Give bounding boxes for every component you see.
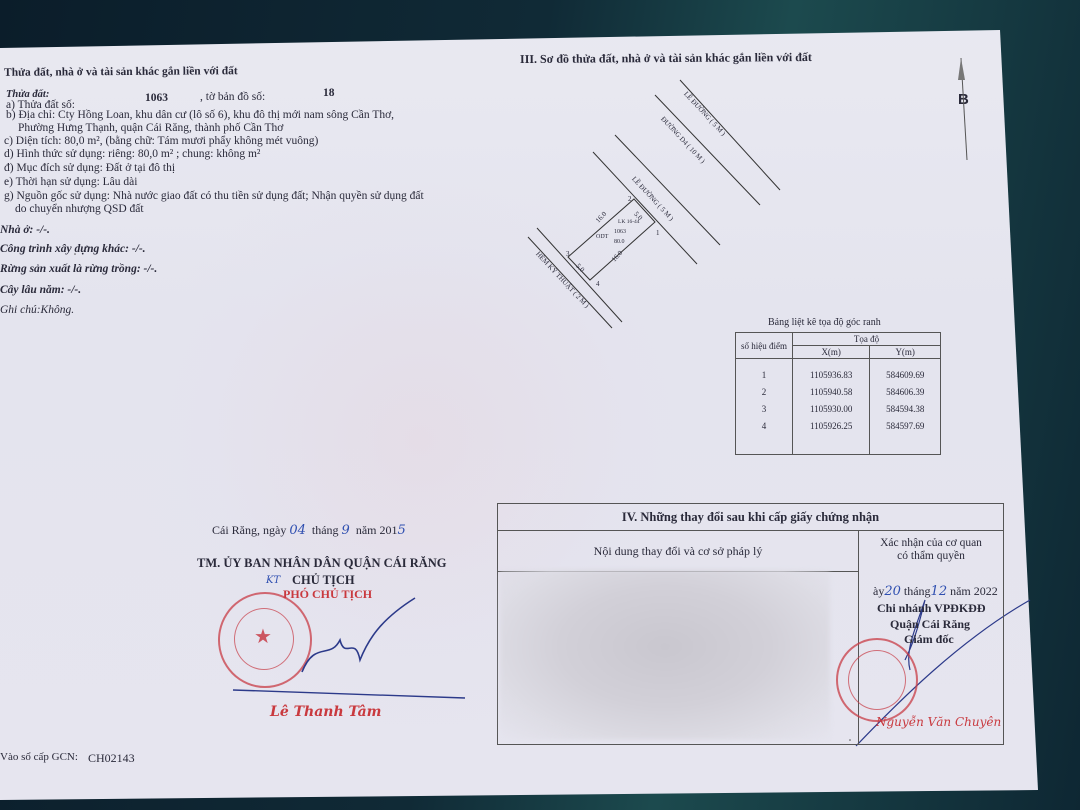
year-text: năm 2022 [950, 584, 998, 598]
coord-table-row: 21105940.58584606.39 [736, 383, 941, 400]
confirm-line-2: có thẩm quyền [859, 550, 1003, 563]
x-cell: 1105936.83 [793, 359, 870, 384]
office-line-2: Quận Cái Răng [890, 618, 970, 631]
col-group-header: Tọa độ [793, 333, 941, 346]
land-registry-seal [836, 638, 918, 722]
coord-table-row: 41105926.25584597.69 [736, 417, 941, 434]
point-cell: 1 [736, 359, 793, 384]
col-change-content: Nội dung thay đổi và cơ sở pháp lý [498, 531, 859, 572]
corner-1: 1 [656, 229, 660, 237]
coord-table-title: Bảng liệt kê tọa độ góc ranh [768, 316, 881, 329]
redacted-content [500, 570, 830, 740]
col-point-header: số hiệu điểm [736, 333, 793, 359]
y-cell: 584597.69 [870, 417, 941, 434]
change-month: 12 [931, 584, 948, 599]
y-cell: 584606.39 [870, 383, 941, 400]
corner-2: 2 [628, 195, 632, 203]
change-day: 20 [884, 584, 901, 599]
col-y-header: Y(m) [870, 346, 941, 359]
land-type: ODT [596, 234, 608, 240]
confirm-line-1: Xác nhận của cơ quan [859, 537, 1003, 550]
director-title: Giám đốc [904, 633, 954, 646]
col-authority-confirmation: Xác nhận của cơ quan có thẩm quyền [859, 531, 1003, 571]
parcel-on-diagram: 1063 [614, 229, 626, 235]
coord-table: số hiệu điểm Tọa độ X(m) Y(m) 11105936.8… [735, 332, 941, 455]
office-line-1: Chi nhánh VPĐKĐĐ [877, 602, 985, 615]
change-date: ày20 tháng12 năm 2022 [873, 585, 998, 598]
corner-3: 3 [566, 250, 570, 258]
x-cell: 1105926.25 [793, 417, 870, 434]
date-prefix: ày [873, 584, 884, 598]
point-cell: 3 [736, 400, 793, 417]
x-cell: 1105940.58 [793, 383, 870, 400]
right-signer-name: Nguyễn Văn Chuyên [876, 716, 1001, 729]
changes-title: IV. Những thay đổi sau khi cấp giấy chứn… [498, 504, 1003, 531]
x-cell: 1105930.00 [793, 400, 870, 417]
point-cell: 4 [736, 417, 793, 434]
y-cell: 584594.38 [870, 400, 941, 417]
coord-table-row: 11105936.83584609.69 [736, 359, 941, 384]
coord-table-row: 31105930.00584594.38 [736, 400, 941, 417]
point-cell: 2 [736, 383, 793, 400]
month-label: tháng [904, 584, 931, 598]
col-x-header: X(m) [793, 346, 870, 359]
north-arrow-head-icon [958, 58, 965, 80]
area-on-diagram: 80.0 [614, 239, 625, 245]
corner-4: 4 [596, 280, 600, 288]
y-cell: 584609.69 [870, 359, 941, 384]
